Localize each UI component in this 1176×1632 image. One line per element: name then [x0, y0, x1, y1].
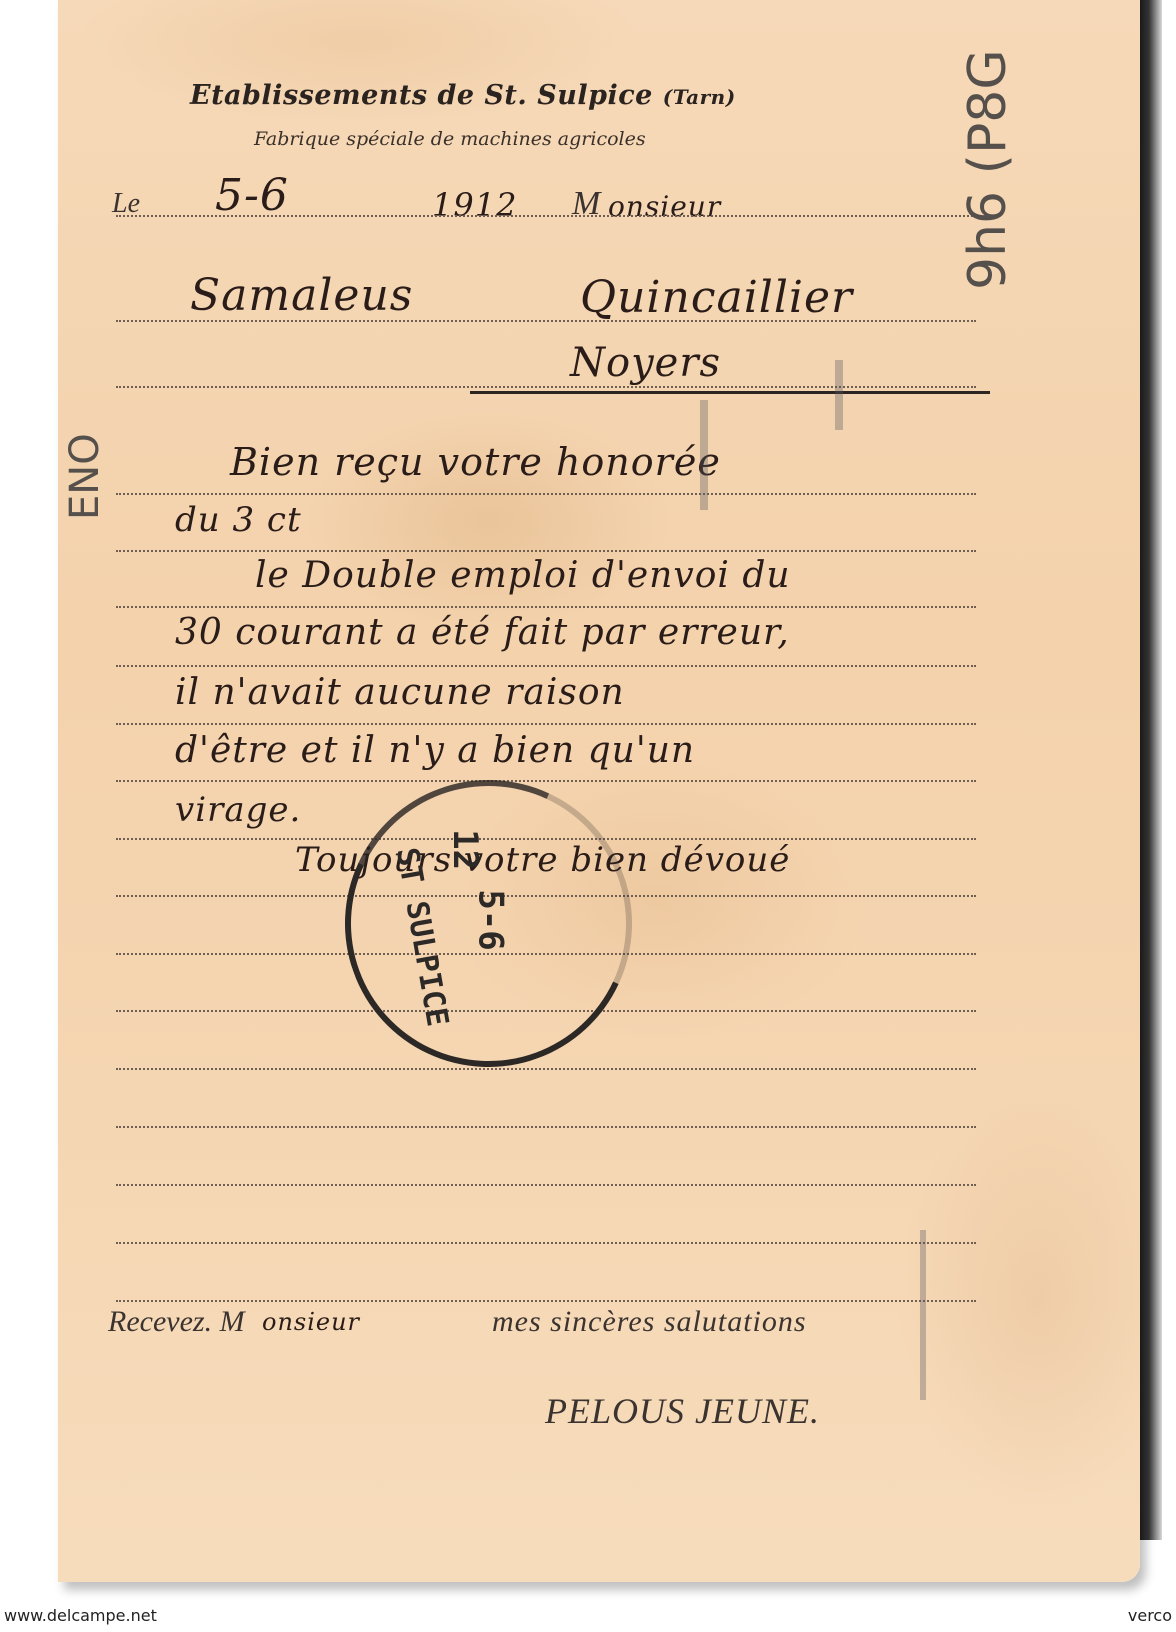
ruled-line	[116, 550, 976, 552]
date-year: 1912	[432, 186, 517, 224]
ruled-line	[116, 493, 976, 495]
address-underline	[470, 391, 990, 394]
signature: PELOUS JEUNE.	[545, 1390, 820, 1432]
closing-suffix: mes sincères salutations	[492, 1305, 807, 1339]
postmark-date: 5-6	[471, 889, 511, 950]
ruled-line	[116, 1184, 976, 1186]
body-line-7: virage.	[175, 790, 301, 830]
ruled-line	[116, 665, 976, 667]
pencil-note-left: ENO	[62, 433, 108, 520]
letterhead-title: Etablissements de St. Sulpice (Tarn)	[190, 80, 890, 111]
salutation-printed: M	[572, 185, 600, 223]
body-line-4: 30 courant a été fait par erreur,	[175, 612, 790, 653]
body-line-2: du 3 ct	[175, 500, 302, 540]
ruled-line	[116, 1126, 976, 1128]
ruled-line	[116, 386, 976, 388]
ruled-line	[116, 723, 976, 725]
watermark-left: www.delcampe.net	[4, 1606, 157, 1625]
body-line-5: il n'avait aucune raison	[175, 672, 625, 713]
address-name: Samaleus	[190, 270, 413, 321]
card-shadow-edge	[1140, 0, 1162, 1540]
postmark-year: 12	[445, 829, 485, 870]
date-handwritten: 5-6	[215, 170, 289, 221]
watermark-right: verco	[1128, 1606, 1172, 1625]
ruled-line	[116, 215, 976, 217]
ghost-stamp-mark	[835, 360, 843, 430]
ruled-line	[116, 1242, 976, 1244]
body-line-6: d'être et il n'y a bien qu'un	[175, 730, 695, 771]
salutation-handwritten: onsieur	[608, 190, 721, 223]
address-town: Noyers	[570, 340, 721, 386]
ruled-line	[116, 320, 976, 322]
letterhead-region: (Tarn)	[663, 85, 736, 109]
closing-prefix: Recevez. M	[108, 1305, 245, 1339]
ruled-line	[116, 1068, 976, 1070]
pencil-note-right: 9h6 (P8G	[958, 49, 1018, 290]
closing-handwritten: onsieur	[262, 1308, 360, 1336]
ruled-line	[116, 1300, 976, 1302]
letterhead-company: Etablissements de St. Sulpice	[190, 80, 653, 111]
body-line-1: Bien reçu votre honorée	[230, 440, 721, 484]
postmark-town: ST SULPICE	[389, 845, 455, 1029]
letterhead-subtitle: Fabrique spéciale de machines agricoles	[254, 128, 646, 150]
body-line-3: le Double emploi d'envoi du	[255, 555, 791, 596]
ghost-stamp-mark	[920, 1230, 926, 1400]
ghost-stamp-mark	[700, 400, 708, 510]
ruled-line	[116, 606, 976, 608]
ruled-line	[116, 780, 976, 782]
address-trade: Quincaillier	[580, 272, 853, 323]
